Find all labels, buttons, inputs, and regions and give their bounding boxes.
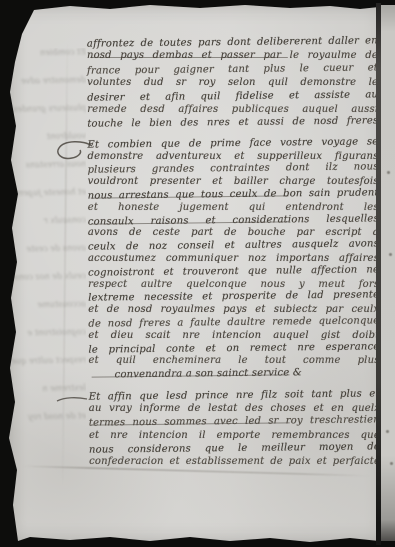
manuscript-line: et nre intencion il emporte remembrances… <box>89 429 380 442</box>
manuscript-line: touche le bien des nres et aussi de nosd… <box>87 115 378 132</box>
manuscript-page: Et combiendemonstre adveplusieurs grande… <box>0 0 395 547</box>
bleedthrough-mark: accoustume <box>8 299 86 310</box>
ink-speck <box>390 462 393 465</box>
manuscript-line: confederacion et establissement de paix … <box>89 455 380 468</box>
ink-speck <box>389 253 392 256</box>
manuscript-line: nosd pays dembas et passer par le royaul… <box>87 49 378 62</box>
bleedthrough-mark: respect aultre que <box>8 355 86 366</box>
bleedthrough-mark: demonstre adve <box>8 75 86 86</box>
manuscript-line: et honeste jugement qui entendront les <box>88 202 379 215</box>
manuscript-paragraph: Et combien que de prime face vostre voya… <box>87 137 379 382</box>
bleedthrough-mark: lextreme n <box>8 383 86 394</box>
manuscript-paragraph: Et affin que lesd prince nre filz soit t… <box>89 388 380 469</box>
manuscript-line: et dieu scait nre intencion auquel gist … <box>88 330 379 343</box>
facing-page-edge <box>380 5 395 541</box>
bleedthrough-mark: Et combien <box>8 48 86 58</box>
manuscript-line: cognoistront et trouveront que nulle aff… <box>88 264 379 280</box>
bleedthrough-mark: consaulx r <box>8 215 86 226</box>
manuscript-paragraph: affrontez de toutes pars dont deliberere… <box>87 35 378 130</box>
bleedthrough-mark: et de nosd roy <box>8 411 86 422</box>
manuscript-line: convenandra a son sainct service & <box>89 367 380 383</box>
manuscript-line: termes nous sommes avec led sr roy tresc… <box>89 414 380 431</box>
manuscript-line: Et combien que de prime face vostre voya… <box>87 136 378 152</box>
bleedthrough-mark: et honeste jugemen <box>8 187 86 198</box>
handwritten-text-block: affrontez de toutes pars dont deliberere… <box>87 35 380 477</box>
scanned-manuscript: Et combiendemonstre adveplusieurs grande… <box>0 0 395 547</box>
bleedthrough-mark: cognoistront e <box>8 327 86 338</box>
bleedthrough-mark: plusieurs grandes <box>8 103 86 114</box>
bleedthrough-mark: ceulx de noz conse <box>8 271 86 282</box>
paragraph-dash-icon <box>56 394 88 404</box>
ink-bleedthrough: Et combiendemonstre adveplusieurs grande… <box>8 48 86 478</box>
bleedthrough-mark: avons de ceste <box>8 243 86 254</box>
paragraph-flourish-icon <box>54 139 94 167</box>
manuscript-line: voluntes dud sr roy selon quil demonstre… <box>87 76 378 89</box>
gutter-shadow <box>376 3 381 545</box>
ink-speck <box>386 430 389 433</box>
ink-speck <box>387 171 390 174</box>
